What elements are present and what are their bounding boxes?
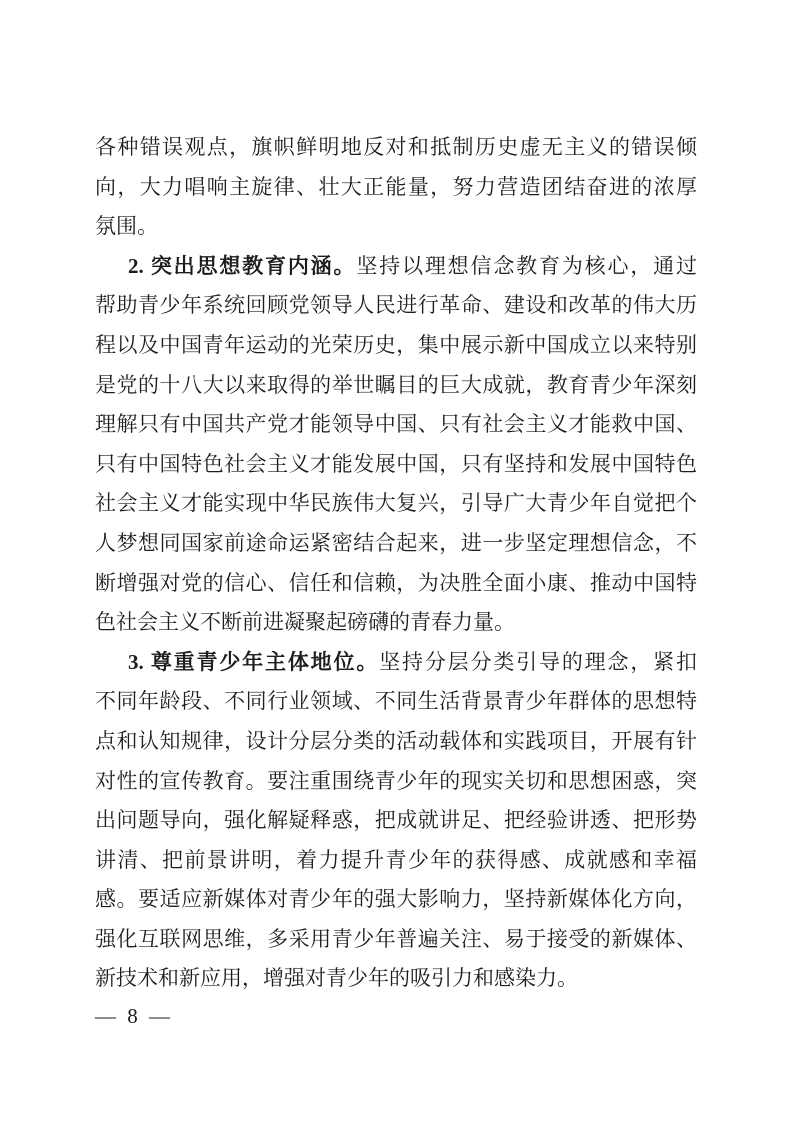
document-page: 各种错误观点，旗帜鲜明地反对和抵制历史虚无主义的错误倾 向，大力唱响主旋律、壮大… — [0, 0, 793, 1122]
text-line: 人梦想同国家前途命运紧密结合起来，进一步坚定理想信念，不 — [95, 524, 697, 564]
text-line: 社会主义才能实现中华民族伟大复兴，引导广大青少年自觉把个 — [95, 484, 697, 524]
text-segment: 坚持分层分类引导的理念，紧扣 — [379, 650, 697, 674]
text-block: 各种错误观点，旗帜鲜明地反对和抵制历史虚无主义的错误倾 向，大力唱响主旋律、壮大… — [95, 128, 697, 999]
text-line: 只有中国特色社会主义才能发展中国，只有坚持和发展中国特色 — [95, 445, 697, 485]
text-line: 感。要适应新媒体对青少年的强大影响力，坚持新媒体化方向， — [95, 880, 697, 920]
text-line: 是党的十八大以来取得的举世瞩目的巨大成就，教育青少年深刻 — [95, 366, 697, 406]
text-line: 点和认知规律，设计分层分类的活动载体和实践项目，开展有针 — [95, 722, 697, 762]
text-line: 讲清、把前景讲明，着力提升青少年的获得感、成就感和幸福 — [95, 841, 697, 881]
text-line: 氛围。 — [95, 207, 697, 247]
text-line: 向，大力唱响主旋律、壮大正能量，努力营造团结奋进的浓厚 — [95, 168, 697, 208]
text-line: 色社会主义不断前进凝聚起磅礴的青春力量。 — [95, 603, 697, 643]
paragraph-heading: 3. 尊重青少年主体地位。 — [128, 650, 379, 674]
text-line: 新技术和新应用，增强对青少年的吸引力和感染力。 — [95, 959, 697, 999]
text-line: 不同年龄段、不同行业领域、不同生活背景青少年群体的思想特 — [95, 682, 697, 722]
text-line: 2. 突出思想教育内涵。坚持以理想信念教育为核心，通过 — [95, 247, 697, 287]
text-line: 强化互联网思维，多采用青少年普遍关注、易于接受的新媒体、 — [95, 920, 697, 960]
text-line: 各种错误观点，旗帜鲜明地反对和抵制历史虚无主义的错误倾 — [95, 128, 697, 168]
paragraph-heading: 2. 突出思想教育内涵。 — [128, 254, 356, 278]
text-line: 对性的宣传教育。要注重围绕青少年的现实关切和思想困惑，突 — [95, 762, 697, 802]
text-line: 程以及中国青年运动的光荣历史，集中展示新中国成立以来特别 — [95, 326, 697, 366]
text-line: 帮助青少年系统回顾党领导人民进行革命、建设和改革的伟大历 — [95, 286, 697, 326]
text-line: 断增强对党的信心、信任和信赖，为决胜全面小康、推动中国特 — [95, 564, 697, 604]
text-line: 出问题导向，强化解疑释惑，把成就讲足、把经验讲透、把形势 — [95, 801, 697, 841]
text-line: 3. 尊重青少年主体地位。坚持分层分类引导的理念，紧扣 — [95, 643, 697, 683]
text-line: 理解只有中国共产党才能领导中国、只有社会主义才能救中国、 — [95, 405, 697, 445]
text-segment: 坚持以理想信念教育为核心，通过 — [356, 254, 697, 278]
page-number: — 8 — — [95, 998, 173, 1034]
